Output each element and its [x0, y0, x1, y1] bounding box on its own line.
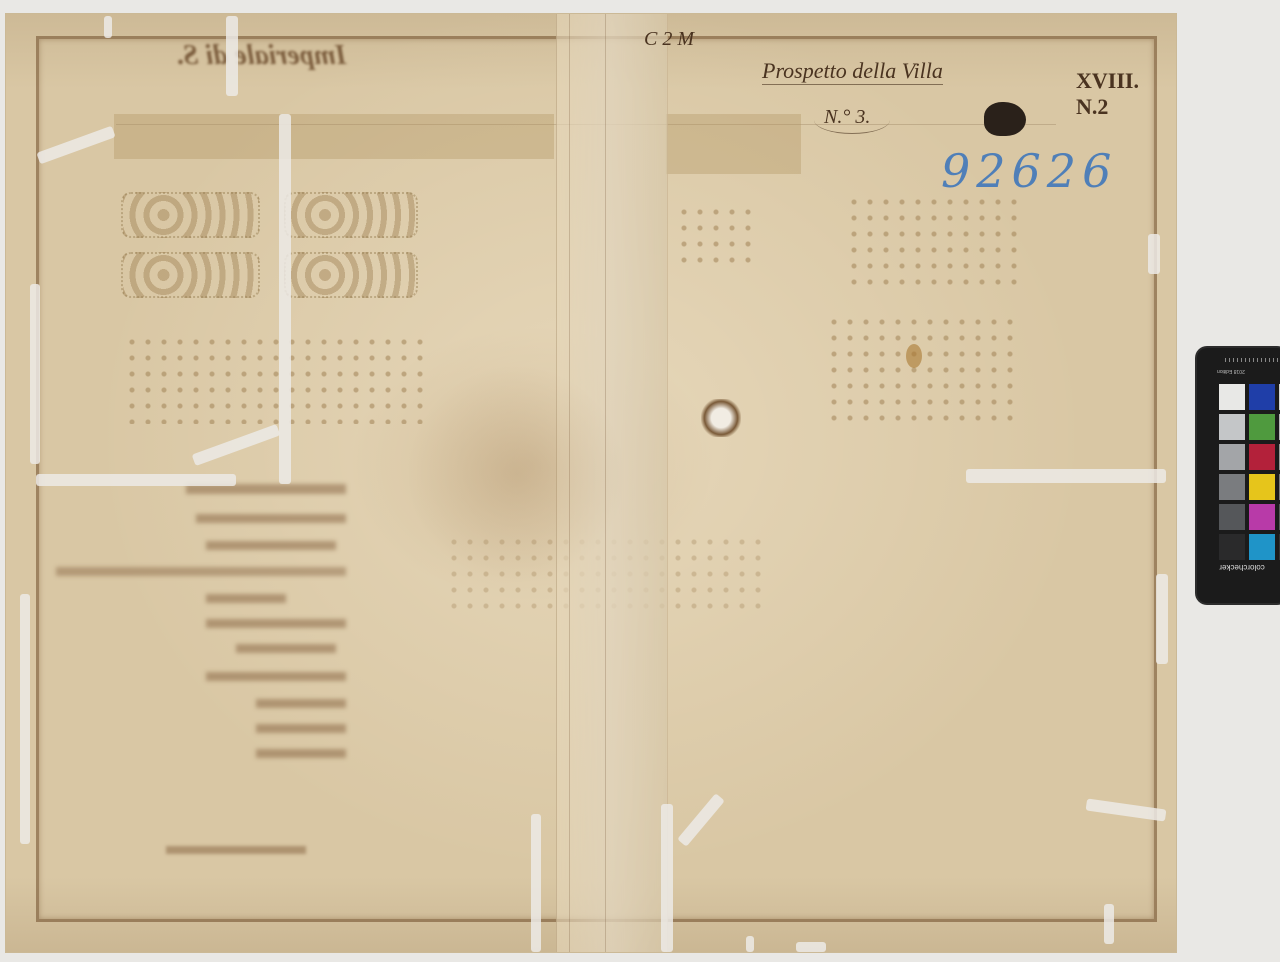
- swatch: [1249, 444, 1275, 470]
- ink-blot: [984, 102, 1026, 136]
- legend-line: [236, 644, 336, 653]
- tape-remnant: [36, 474, 236, 486]
- checker-swatch-grid: [1219, 384, 1280, 560]
- color-checker-chart: 2018 Edition colorchecker: [1197, 348, 1280, 603]
- mirrored-title-inscription: Imperiale di S.: [176, 40, 346, 72]
- tape-remnant: [20, 594, 30, 844]
- bleed-band-right: [666, 114, 801, 174]
- ornament-cartouche: [121, 192, 260, 238]
- bleed-band-left: [114, 114, 554, 159]
- ornament-cartouche: [284, 192, 418, 238]
- legend-line: [206, 672, 346, 681]
- stain: [906, 344, 922, 368]
- roman-reference: XVIII. N.2: [1076, 68, 1176, 120]
- code-inscription: C 2 M: [644, 28, 694, 51]
- tape-remnant: [1104, 904, 1114, 944]
- legend-line: [206, 541, 336, 550]
- dot-pattern: [846, 194, 1021, 294]
- title-inscription: Prospetto della Villa: [762, 58, 943, 85]
- tape-remnant: [531, 814, 541, 952]
- swatch: [1219, 414, 1245, 440]
- ornament-cartouche: [284, 252, 418, 298]
- tape-remnant: [661, 804, 673, 952]
- swatch: [1249, 414, 1275, 440]
- legend-line: [206, 594, 286, 603]
- mirrored-signature: [166, 846, 306, 854]
- checker-brand-label: colorchecker: [1207, 563, 1277, 572]
- tape-remnant: [30, 284, 40, 464]
- swatch: [1219, 474, 1245, 500]
- checker-edition: 2018 Edition: [1217, 368, 1245, 374]
- swatch: [1249, 534, 1275, 560]
- legend-line: [56, 567, 346, 576]
- tape-remnant: [1156, 574, 1168, 664]
- swatch: [1249, 384, 1275, 410]
- dot-pattern: [676, 204, 756, 264]
- dot-pattern: [826, 314, 1016, 424]
- ornament-cartouche: [121, 252, 260, 298]
- tape-remnant: [746, 936, 754, 952]
- legend-line: [206, 619, 346, 628]
- sheet-number: N.° 3.: [814, 106, 890, 134]
- tape-remnant: [226, 16, 238, 96]
- swatch: [1219, 504, 1245, 530]
- legend-line: [196, 514, 346, 523]
- tape-remnant: [966, 469, 1166, 483]
- legend-line: [256, 724, 346, 733]
- legend-line: [256, 699, 346, 708]
- tape-remnant: [1148, 234, 1160, 274]
- dot-pattern: [124, 334, 424, 424]
- tape-remnant: [104, 16, 112, 38]
- mirrored-legend: [186, 484, 356, 764]
- swatch: [1219, 534, 1245, 560]
- legend-line: [256, 749, 346, 758]
- stain: [406, 364, 626, 584]
- tape-remnant: [796, 942, 826, 952]
- document-sheet: Imperiale di S. C 2 M Prospetto della Vi…: [6, 14, 1176, 952]
- tape-remnant: [279, 114, 291, 484]
- swatch: [1249, 504, 1275, 530]
- checker-ruler: [1225, 358, 1280, 362]
- swatch: [1219, 444, 1245, 470]
- swatch: [1219, 384, 1245, 410]
- inventory-number: 92626: [941, 144, 1117, 198]
- burn-hole: [701, 399, 741, 437]
- swatch: [1249, 474, 1275, 500]
